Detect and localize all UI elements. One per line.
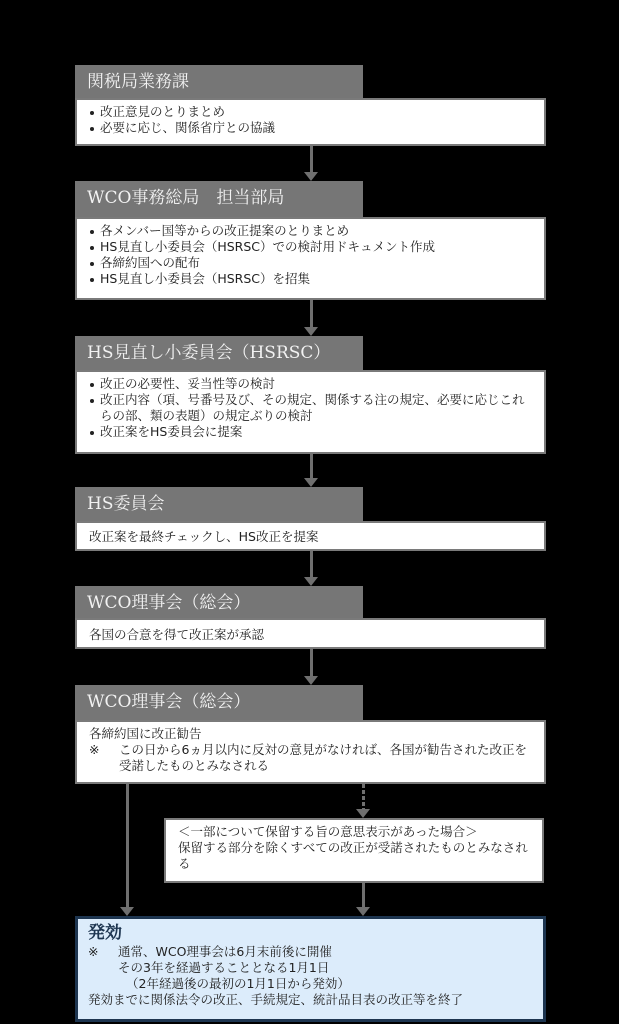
arrow-down-icon [304,676,318,685]
final-box: 発効 ※ 通常、WCO理事会は6月末前後に開催 その3年を経過することとなる1月… [75,916,546,1022]
step-3-bullet: 改正の必要性、妥当性等の検討 [89,376,534,392]
step-4-header: HS委員会 [75,487,363,522]
note-mark: ※ [89,742,119,774]
step-5-body: 各国の合意を得て改正案が承認 [75,618,546,649]
connector-line [310,146,313,172]
step-2-bullet: HS見直し小委員会（HSRSC）での検討用ドキュメント作成 [89,239,534,255]
step-1-header: 関税局業務課 [75,65,363,99]
step-3-body: 改正の必要性、妥当性等の検討 改正内容（項、号番号及び、その規定、関係する注の規… [75,370,546,454]
step-2-bullet: 各メンバー国等からの改正提案のとりまとめ [89,223,534,239]
step-5-text: 各国の合意を得て改正案が承認 [89,624,534,645]
arrow-down-icon [120,907,134,916]
connector-line [310,649,313,676]
step-6-text: 各締約国に改正勧告 [89,726,534,742]
step-1-bullet: 改正意見のとりまとめ [89,104,534,120]
arrow-down-icon [304,577,318,586]
final-note-line1: 通常、WCO理事会は6月末前後に開催 [118,944,332,960]
reservation-text: 保留する部分を除くすべての改正が受諾されたものとみなされる [178,840,532,872]
final-footer: 発効までに関係法令の改正、手続規定、統計品目表の改正等を終了 [88,992,533,1008]
reservation-box: ＜一部について保留する旨の意思表示があった場合＞ 保留する部分を除くすべての改正… [164,818,544,883]
step-4-body: 改正案を最終チェックし、HS改正を提案 [75,521,546,551]
step-3-bullet: 改正内容（項、号番号及び、その規定、関係する注の規定、必要に応じこれらの部、類の… [89,392,534,424]
step-4-text: 改正案を最終チェックし、HS改正を提案 [89,527,534,547]
final-note: ※ 通常、WCO理事会は6月末前後に開催 [88,944,533,960]
connector-line-dashed [362,784,365,809]
connector-line [310,454,313,478]
step-2-bullet: 各締約国への配布 [89,255,534,271]
step-6-body: 各締約国に改正勧告 ※ この日から6ヵ月以内に反対の意見がなければ、各国が勧告さ… [75,720,546,784]
step-2-body: 各メンバー国等からの改正提案のとりまとめ HS見直し小委員会（HSRSC）での検… [75,217,546,300]
step-2-title: WCO事務総局 担当部局 [87,188,284,208]
arrow-down-icon [304,478,318,487]
step-5-header: WCO理事会（総会） [75,586,363,619]
step-1-title: 関税局業務課 [87,72,189,92]
connector-line-direct [126,784,129,907]
connector-line [362,883,365,907]
step-2-header: WCO事務総局 担当部局 [75,181,363,218]
note-mark: ※ [88,944,118,960]
step-3-title: HS見直し小委員会（HSRSC） [87,343,330,363]
step-6-title: WCO理事会（総会） [87,692,250,712]
connector-line [310,300,313,327]
step-4-title: HS委員会 [87,494,164,514]
step-2-bullet: HS見直し小委員会（HSRSC）を招集 [89,271,534,287]
step-3-header: HS見直し小委員会（HSRSC） [75,336,363,371]
arrow-down-icon [304,327,318,336]
final-note-line2: その3年を経過することとなる1月1日 [88,960,533,976]
step-5-title: WCO理事会（総会） [87,593,250,613]
step-6-note: ※ この日から6ヵ月以内に反対の意見がなければ、各国が勧告された改正を受諾したも… [89,742,534,774]
step-1-body: 改正意見のとりまとめ 必要に応じ、関係省庁との協議 [75,98,546,146]
reservation-heading: ＜一部について保留する旨の意思表示があった場合＞ [178,824,532,840]
final-title: 発効 [88,922,533,944]
step-6-header: WCO理事会（総会） [75,685,363,721]
step-6-note-text: この日から6ヵ月以内に反対の意見がなければ、各国が勧告された改正を受諾したものと… [119,742,534,774]
final-note-line3: （2年経過後の最初の1月1日から発効） [88,976,533,992]
arrow-down-icon [356,907,370,916]
arrow-down-icon [356,809,370,818]
connector-line [310,551,313,577]
arrow-down-icon [304,172,318,181]
step-3-bullet: 改正案をHS委員会に提案 [89,424,534,440]
step-1-bullet: 必要に応じ、関係省庁との協議 [89,120,534,136]
